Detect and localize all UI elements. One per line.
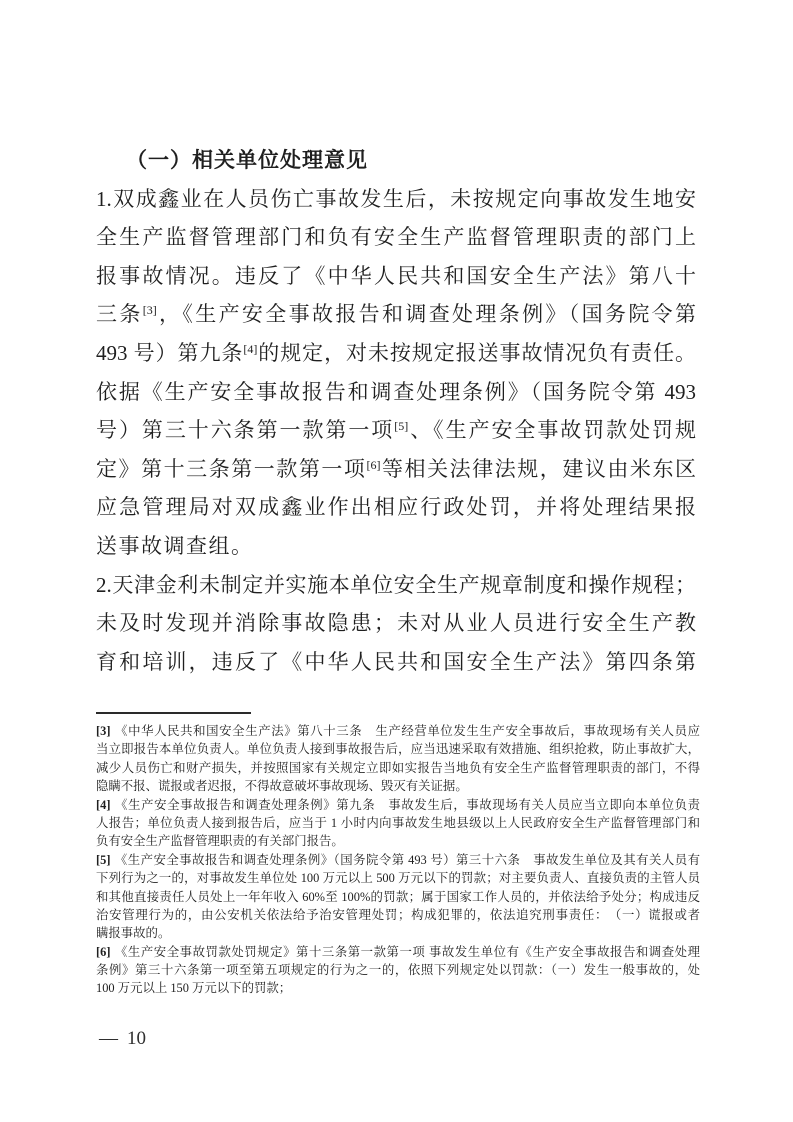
footnote-line: [3]《中华人民共和国安全生产法》第八十三条 生产经营单位发生生产安全事故后，事… — [96, 722, 700, 740]
body-line: 1.双成鑫业在人员伤亡事故发生后，未按规定向事故发生地安 — [96, 180, 696, 219]
body-line: 应急管理局对双成鑫业作出相应行政处罚，并将处理结果报 — [96, 488, 696, 527]
footnote-marker: [6] — [96, 945, 110, 959]
footnotes-list: [3]《中华人民共和国安全生产法》第八十三条 生产经营单位发生生产安全事故后，事… — [96, 722, 700, 998]
body-line: 未及时发现并消除事故隐患；未对从业人员进行安全生产教 — [96, 604, 696, 643]
document-page: （一）相关单位处理意见 1.双成鑫业在人员伤亡事故发生后，未按规定向事故发生地安… — [0, 0, 793, 1122]
footnote-ref: [4] — [243, 342, 257, 356]
footnote-marker: [5] — [96, 853, 110, 867]
footnote-line: 当立即报告本单位负责人。单位负责人接到事故报告后，应当迅速采取有效措施、组织抢救… — [96, 740, 700, 758]
footnote-line: [5]《生产安全事故报告和调查处理条例》（国务院令第 493 号）第三十六条 事… — [96, 851, 700, 869]
footnote-line: 和其他直接责任人员处上一年年收入 60%至 100%的罚款；属于国家工作人员的，… — [96, 888, 700, 906]
body-line: 送事故调查组。 — [96, 527, 696, 566]
footnote-line: [6]《生产安全事故罚款处罚规定》第十三条第一款第一项 事故发生单位有《生产安全… — [96, 943, 700, 961]
body-line: 493 号）第九条[4]的规定，对未按规定报送事故情况负有责任。 — [96, 334, 696, 373]
body-line: 2.天津金利未制定并实施本单位安全生产规章制度和操作规程； — [96, 566, 696, 605]
body-line: 三条[3]，《生产安全事故报告和调查处理条例》（国务院令第 — [96, 295, 696, 334]
body-lines: 1.双成鑫业在人员伤亡事故发生后，未按规定向事故发生地安全生产监督管理部门和负有… — [96, 180, 696, 682]
body-line: 育和培训，违反了《中华人民共和国安全生产法》第四条第 — [96, 643, 696, 682]
body-line: 全生产监督管理部门和负有安全生产监督管理职责的部门上 — [96, 218, 696, 257]
page-number-value: 10 — [127, 1028, 146, 1049]
body-line: 依据《生产安全事故报告和调查处理条例》（国务院令第 493 — [96, 373, 696, 412]
footnote-separator — [96, 712, 251, 714]
footnote-marker: [4] — [96, 798, 110, 812]
footnote-marker: [3] — [96, 724, 110, 738]
body-line: 报事故情况。违反了《中华人民共和国安全生产法》第八十 — [96, 257, 696, 296]
section-heading: （一）相关单位处理意见 — [96, 141, 696, 180]
body-line: 号）第三十六条第一款第一项[5]、《生产安全事故罚款处罚规 — [96, 411, 696, 450]
footnote-line: 下列行为之一的，对事故发生单位处 100 万元以上 500 万元以下的罚款；对主… — [96, 869, 700, 887]
body-line: 定》第十三条第一款第一项[6]等相关法律法规，建议由米东区 — [96, 450, 696, 489]
footnote-line: [4]《生产安全事故报告和调查处理条例》第九条 事故发生后，事故现场有关人员应当… — [96, 796, 700, 814]
footnote-line: 隐瞒不报、谎报或者迟报，不得故意破坏事故现场、毁灭有关证据。 — [96, 777, 700, 795]
footnote-line: 负有安全生产监督管理职责的有关部门报告。 — [96, 832, 700, 850]
footnote-line: 人报告；单位负责人接到报告后，应当于 1 小时内向事故发生地县级以上人民政府安全… — [96, 814, 700, 832]
main-text-block: （一）相关单位处理意见 1.双成鑫业在人员伤亡事故发生后，未按规定向事故发生地安… — [96, 141, 696, 681]
footnote-line: 治安管理行为的，由公安机关依法给予治安管理处罚；构成犯罪的，依法追究刑事责任： … — [96, 906, 700, 924]
footnote-ref: [5] — [394, 419, 408, 433]
footnote-line: 瞒报事故的。 — [96, 924, 700, 942]
page-number-dash: — — [99, 1028, 118, 1049]
footnote-ref: [6] — [366, 458, 380, 472]
page-number: —10 — [99, 1028, 146, 1050]
footnote-line: 100 万元以上 150 万元以下的罚款； — [96, 979, 700, 997]
footnote-ref: [3] — [143, 303, 157, 317]
footnote-line: 条例》第三十六条第一项至第五项规定的行为之一的，依照下列规定处以罚款：（一）发生… — [96, 961, 700, 979]
footnote-line: 减少人员伤亡和财产损失，并按照国家有关规定立即如实报告当地负有安全生产监督管理职… — [96, 759, 700, 777]
